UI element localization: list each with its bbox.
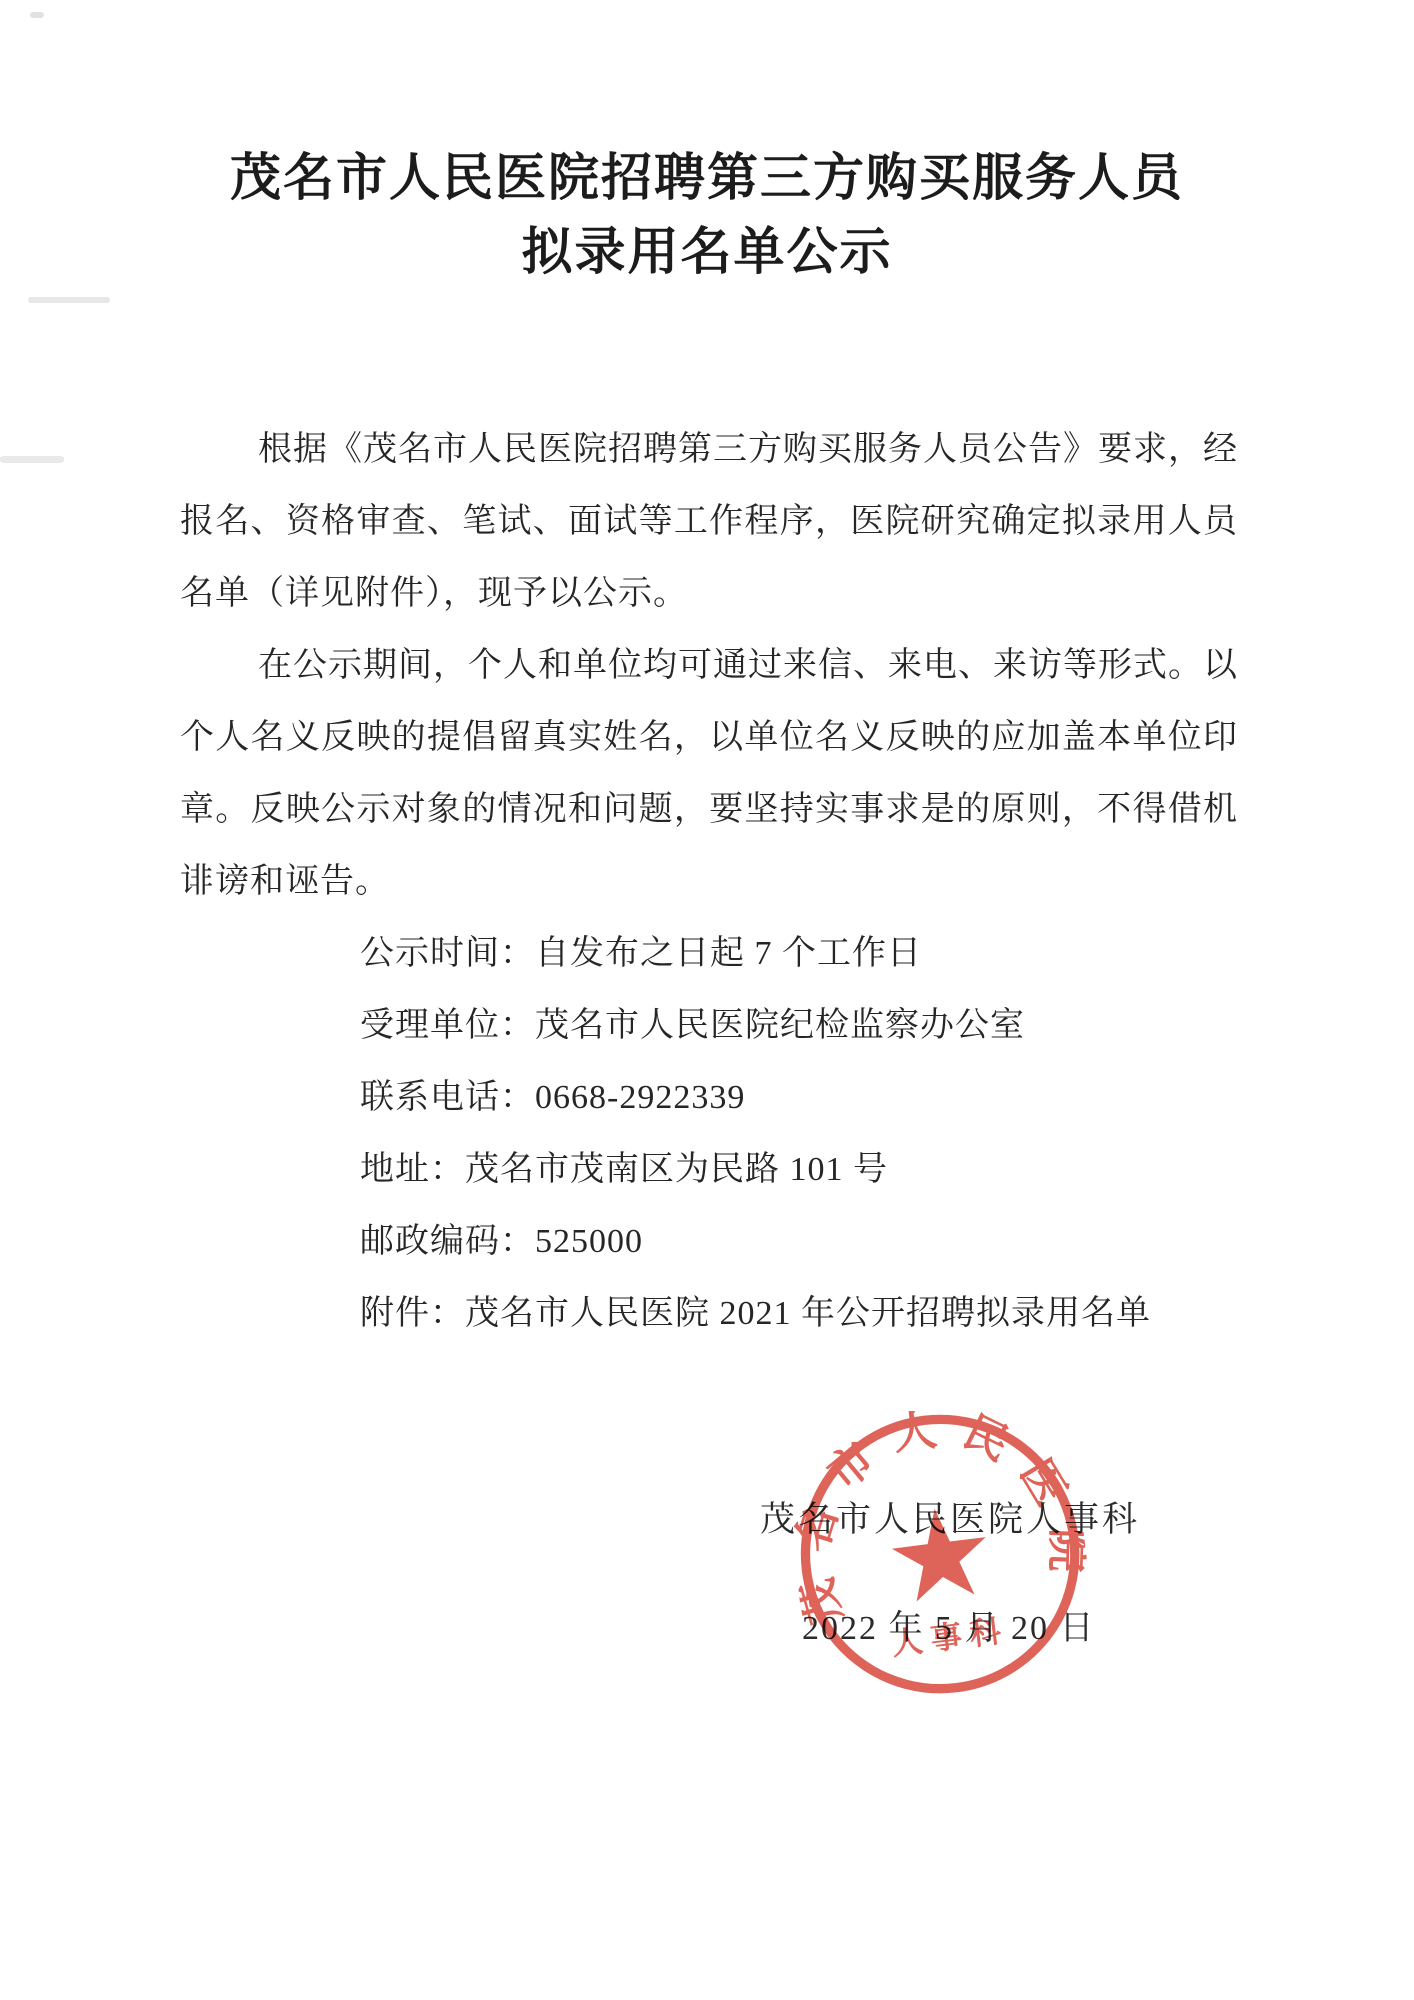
document-page: 茂名市人民医院招聘第三方购买服务人员 拟录用名单公示 根据《茂名市人民医院招聘第… <box>0 0 1414 2000</box>
document-title: 茂名市人民医院招聘第三方购买服务人员 拟录用名单公示 <box>120 142 1294 290</box>
seal-ring <box>790 1404 1090 1704</box>
info-address: 地址：茂名市茂南区为民路 101 号 <box>180 1134 1238 1206</box>
paragraph-publicity-rules: 在公示期间，个人和单位均可通过来信、来电、来访等形式。以个人名义反映的提倡留真实… <box>180 630 1238 918</box>
issue-date: 2022 年 5 月 20 日 <box>802 1600 1096 1649</box>
title-line-2: 拟录用名单公示 <box>120 216 1294 290</box>
attachment-line: 附件：茂名市人民医院 2021 年公开招聘拟录用名单 <box>180 1278 1238 1350</box>
official-seal: 茂名市人民医院 人事科 <box>778 1391 1101 1714</box>
scan-artifact <box>0 456 64 463</box>
info-publicity-period: 公示时间：自发布之日起 7 个工作日 <box>180 918 1238 990</box>
info-contact-phone: 联系电话：0668-2922339 <box>180 1062 1238 1134</box>
scan-artifact <box>28 297 110 303</box>
info-accepting-unit: 受理单位：茂名市人民医院纪检监察办公室 <box>180 990 1238 1062</box>
info-postal-code: 邮政编码：525000 <box>180 1206 1238 1278</box>
paragraph-basis: 根据《茂名市人民医院招聘第三方购买服务人员公告》要求，经报名、资格审查、笔试、面… <box>180 414 1238 630</box>
document-body: 根据《茂名市人民医院招聘第三方购买服务人员公告》要求，经报名、资格审查、笔试、面… <box>180 414 1238 1350</box>
issuer-signature: 茂名市人民医院人事科 <box>760 1492 1140 1542</box>
title-line-1: 茂名市人民医院招聘第三方购买服务人员 <box>120 142 1294 216</box>
scan-artifact <box>30 12 44 18</box>
